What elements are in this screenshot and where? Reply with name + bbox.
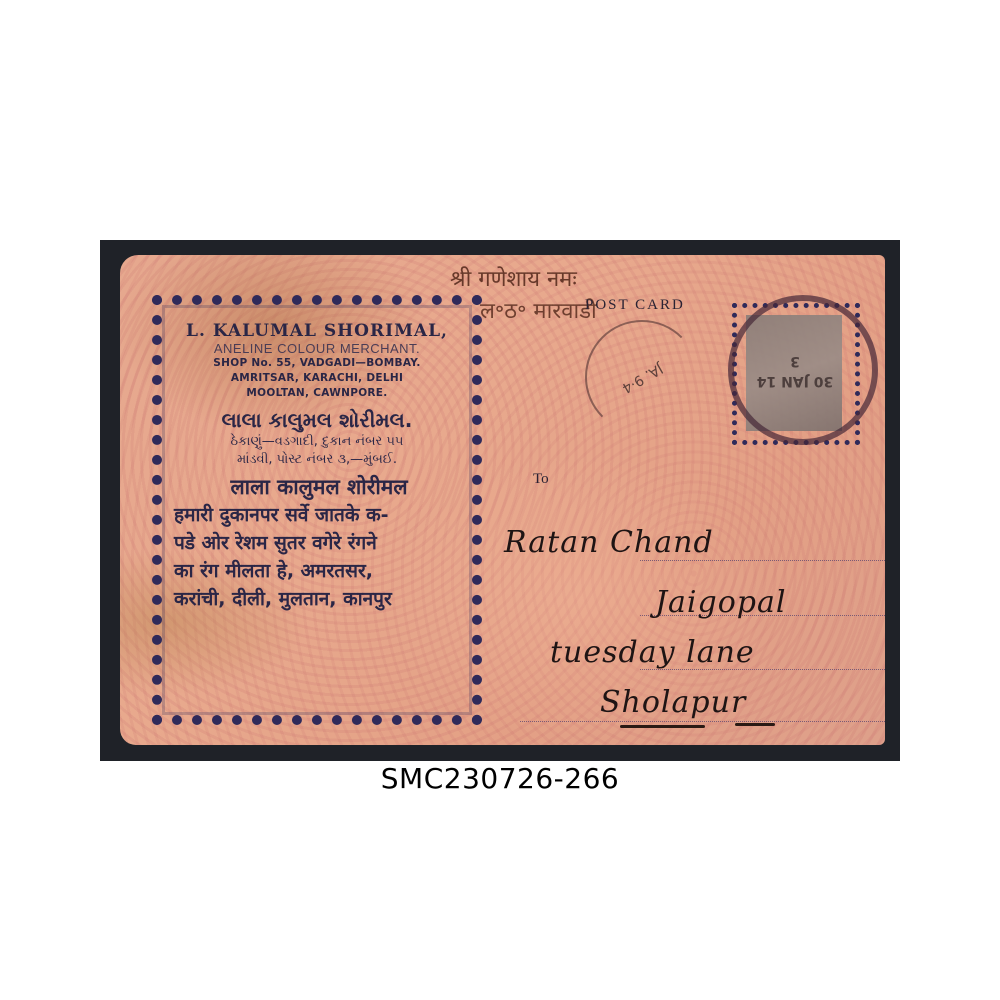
to-label: To: [533, 471, 549, 488]
underline-stroke: [735, 723, 775, 726]
handwritten-header-line-2: ल॰ठ॰ मारवाडी: [480, 295, 597, 325]
branches-line-2: MOOLTAN, CAWNPORE.: [170, 386, 464, 401]
merchant-name-hindi: लाला कालुमल शोरीमल: [170, 473, 464, 501]
address-line-1: Ratan Chand: [504, 525, 714, 560]
hindi-line-2: पडे ओर रेशम सुतर वगेरे रंगने: [170, 529, 464, 557]
advertisement-panel: L. KALUMAL SHORIMAL, ANELINE COLOUR MERC…: [152, 295, 482, 725]
merchant-name-english: L. KALUMAL SHORIMAL,: [170, 321, 464, 341]
cancellation-mark: [728, 295, 878, 445]
address-line-4: Sholapur: [600, 685, 746, 720]
gujarati-line-1: ઠેકાણું—વડગાદી, દુકાન નંબર ૫૫: [170, 433, 464, 451]
hindi-line-3: का रंग मीलता हे, अमरतसर,: [170, 557, 464, 585]
merchant-trade: ANELINE COLOUR MERCHANT.: [170, 341, 464, 356]
postcard-title: POST CARD: [585, 297, 685, 314]
address-rule: [640, 560, 885, 561]
shop-address: SHOP No. 55, VADGADI—BOMBAY.: [170, 356, 464, 371]
hindi-line-1: हमारी दुकानपर सर्वे जातके क-: [170, 501, 464, 529]
postcard: श्री गणेशाय नमः ल॰ठ॰ मारवाडी L. KALUMAL …: [120, 255, 885, 745]
handwritten-header-line-1: श्री गणेशाय नमः: [450, 263, 577, 293]
address-line-3: tuesday lane: [550, 635, 755, 670]
merchant-name-gujarati: લાલા કાલુમલ શોરીમલ.: [170, 407, 464, 433]
underline-stroke: [620, 725, 705, 728]
catalog-caption: SMC230726-266: [0, 762, 1000, 795]
address-line-2: Jaigopal: [655, 585, 786, 620]
hindi-line-4: करांची, दीली, मुलतान, कानपुर: [170, 585, 464, 613]
address-rule: [520, 721, 885, 722]
gujarati-line-2: માંડવી, પોસ્ટ નંબર ૩,—મુંબઈ.: [170, 451, 464, 469]
branches-line-1: AMRITSAR, KARACHI, DELHI: [170, 371, 464, 386]
